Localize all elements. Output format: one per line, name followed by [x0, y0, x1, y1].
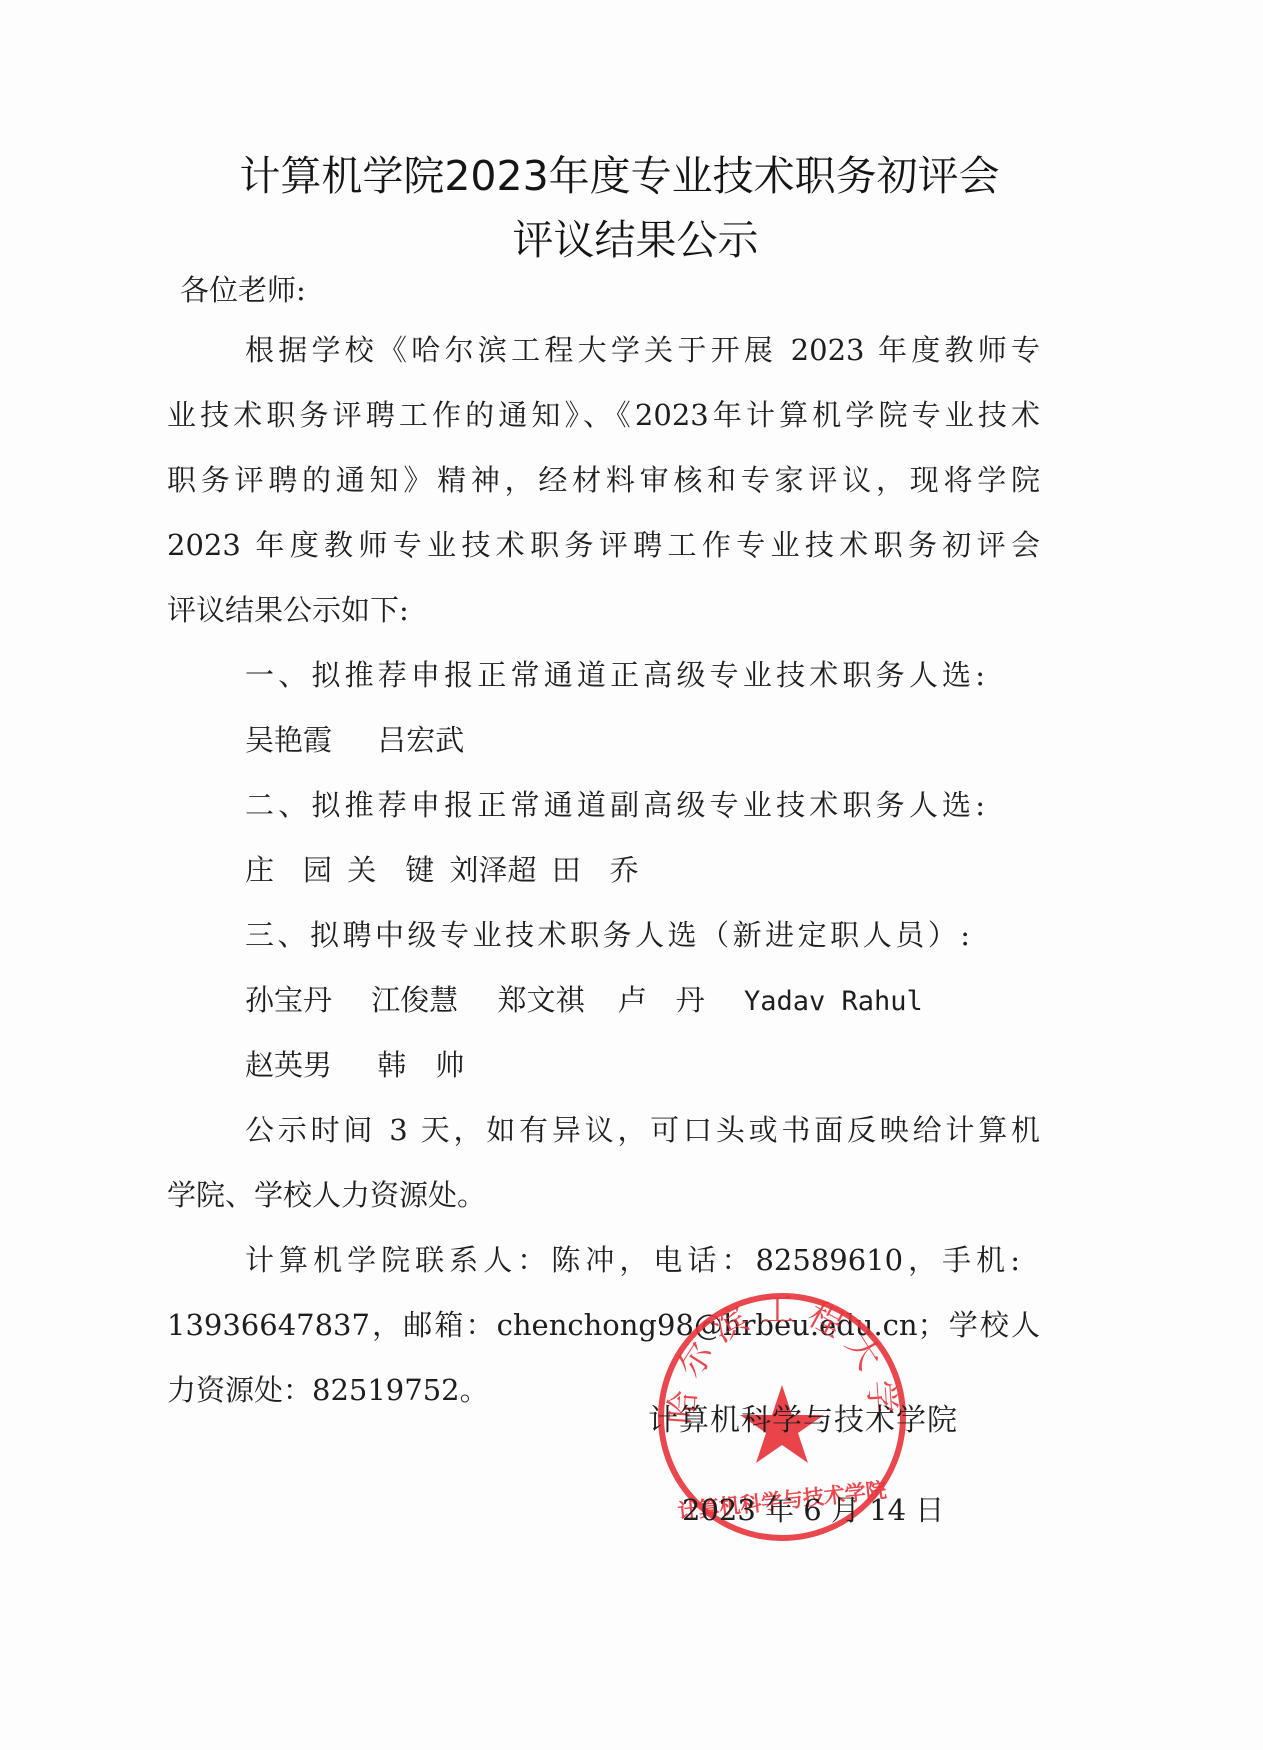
notice-line-1: 公示时间 3 天，如有异议，可口头或书面反映给计算机	[245, 1112, 1040, 1148]
intro-line-2: 业技术职务评聘工作的通知》、《2023年计算机学院专业技术	[167, 397, 1040, 433]
salutation: 各位老师:	[180, 272, 306, 308]
section-1-heading: 一、拟推荐申报正常通道正高级专业技术职务人选:	[245, 657, 985, 693]
contact-line-1: 计算机学院联系人：陈冲，电话：82589610，手机:	[245, 1242, 1020, 1278]
section-2-names: 庄 园 关 键 刘泽超 田 乔	[245, 852, 639, 888]
page-title-line-2: 评议结果公示	[4, 207, 1263, 266]
notice-line-2: 学院、学校人力资源处。	[167, 1177, 486, 1213]
signature-date: 2023 年 6 月 14 日	[682, 1488, 944, 1529]
section-3-names-row-1: 孙宝丹 江俊慧 郑文祺 卢 丹 Yadav Rahul	[245, 982, 923, 1020]
intro-line-3: 职务评聘的通知》精神，经材料审核和专家评议，现将学院	[167, 462, 1040, 498]
document-page: 计算机学院2023年度专业技术职务初评会 评议结果公示 各位老师: 根据学校《哈…	[0, 0, 1263, 1750]
candidate-name: 江俊慧	[371, 982, 458, 1018]
candidate-name: 庄 园	[245, 852, 332, 888]
candidate-name: 关 键	[347, 852, 434, 888]
signature-organization: 计算机科学与技术学院	[648, 1395, 958, 1439]
section-1-names: 吴艳霞 吕宏武	[245, 722, 464, 758]
candidate-name: 卢 丹	[618, 982, 705, 1018]
candidate-name: 赵英男	[245, 1047, 332, 1083]
candidate-name: 吴艳霞	[245, 722, 332, 758]
contact-line-3: 力资源处：82519752。	[167, 1372, 489, 1408]
page-title-line-1: 计算机学院2023年度专业技术职务初评会	[0, 143, 1251, 202]
section-3-heading: 三、拟聘中级专业技术职务人选（新进定职人员）:	[245, 917, 970, 953]
contact-line-2: 13936647837，邮箱：chenchong98@hrbeu.edu.cn；…	[167, 1307, 1040, 1343]
intro-line-1: 根据学校《哈尔滨工程大学关于开展 2023 年度教师专	[245, 332, 1040, 368]
candidate-name: 郑文祺	[497, 982, 584, 1018]
section-3-names-row-2: 赵英男 韩 帅	[245, 1047, 464, 1083]
candidate-name: 吕宏武	[377, 722, 464, 758]
candidate-name: 韩 帅	[377, 1047, 464, 1083]
candidate-name: 刘泽超	[449, 852, 536, 888]
section-2-heading: 二、拟推荐申报正常通道副高级专业技术职务人选:	[245, 787, 985, 823]
intro-line-5: 评议结果公示如下:	[167, 592, 409, 628]
candidate-name: 孙宝丹	[245, 982, 332, 1018]
intro-line-4: 2023 年度教师专业技术职务评聘工作专业技术职务初评会	[167, 527, 1040, 563]
candidate-name: 田 乔	[552, 852, 639, 888]
candidate-name: Yadav Rahul	[744, 984, 923, 1020]
